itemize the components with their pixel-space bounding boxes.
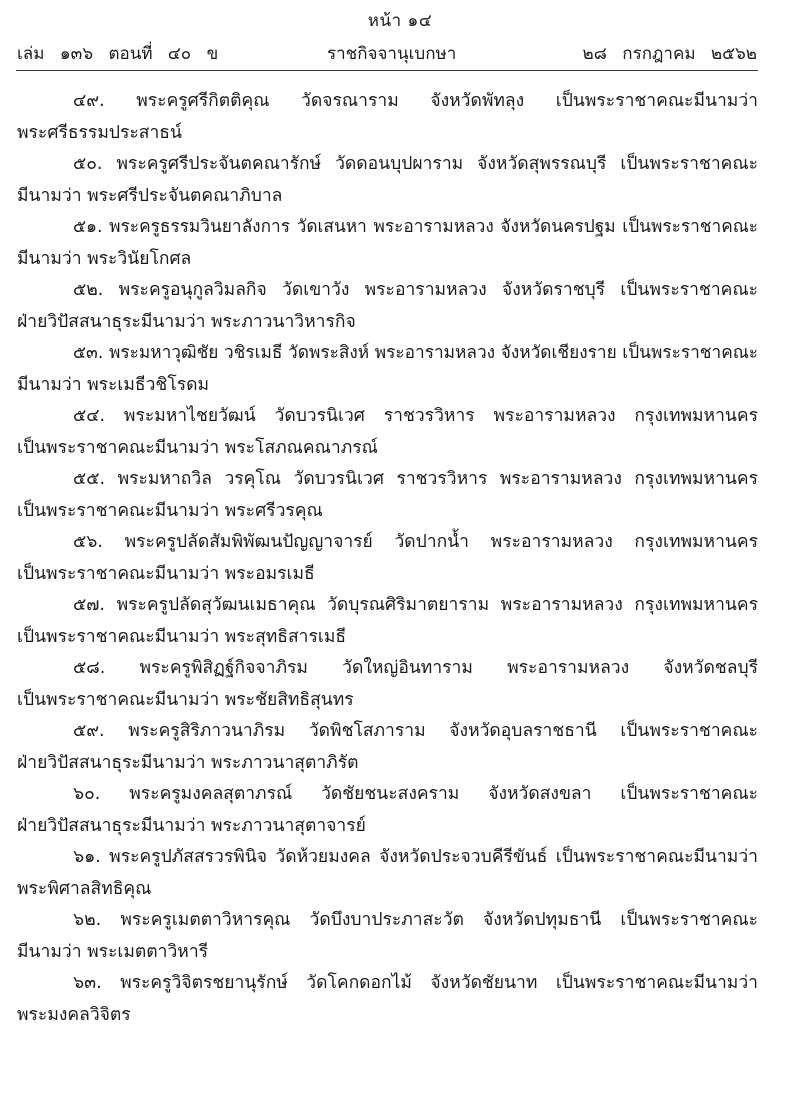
item-text: พระครูสิริภาวนาภิรม วัดพิชโสภาราม จังหวั… [128,721,758,741]
item-text: พระครูพิสิฏฐ์กิจจาภิรม วัดใหญ่อินทาราม พ… [140,658,758,678]
item-text: พระครูปลัดสัมพิพัฒนปัญญาจารย์ วัดปากน้ำ … [125,532,758,552]
item-text: พระครูปภัสสรวรพินิจ วัดห้วยมงคล จังหวัดป… [109,847,758,867]
item-number: ๕๖. [73,532,103,552]
list-item: ๕๙. พระครูสิริภาวนาภิรม วัดพิชโสภาราม จั… [17,716,758,779]
item-text: พระครูอนุกูลวิมลกิจ วัดเขาวัง พระอารามหล… [119,280,758,300]
item-first-line: ๕๖. พระครูปลัดสัมพิพัฒนปัญญาจารย์ วัดปาก… [17,527,758,559]
item-first-line: ๕๔. พระมหาไชยวัฒน์ วัดบวรนิเวศ ราชวรวิหา… [17,401,758,433]
item-text: พระครูมงคลสุตาภรณ์ วัดชัยชนะสงคราม จังหว… [129,784,758,804]
item-first-line: ๔๙. พระครูศรีกิตติคุณ วัดจรณาราม จังหวัด… [17,86,758,118]
list-item: ๕๐. พระครูศรีประจันตคณารักษ์ วัดดอนบุปผา… [17,149,758,212]
item-text: พระมหาไชยวัฒน์ วัดบวรนิเวศ ราชวรวิหาร พร… [124,406,758,426]
item-number: ๖๒. [73,910,101,930]
item-continuation: มีนามว่า พระวินัยโกศล [17,244,758,276]
item-text: พระครูวิจิตรชยานุรักษ์ วัดโคกดอกไม้ จังห… [120,973,758,993]
list-item: ๖๑. พระครูปภัสสรวรพินิจ วัดห้วยมงคล จังห… [17,842,758,905]
item-first-line: ๕๕. พระมหาถวิล วรคุโณ วัดบวรนิเวศ ราชวรว… [17,464,758,496]
item-first-line: ๕๘. พระครูพิสิฏฐ์กิจจาภิรม วัดใหญ่อินทาร… [17,653,758,685]
item-first-line: ๕๗. พระครูปลัดสุวัฒนเมธาคุณ วัดบุรณศิริม… [17,590,758,622]
list-item: ๕๓. พระมหาวุฒิชัย วชิรเมธี วัดพระสิงห์ พ… [17,338,758,401]
item-continuation: เป็นพระราชาคณะมีนามว่า พระศรีวรคุณ [17,496,758,528]
item-number: ๕๕. [73,469,105,489]
item-continuation: พระมงคลวิจิตร [17,1000,758,1032]
item-number: ๕๐. [73,154,103,174]
item-continuation: พระศรีธรรมประสาธน์ [17,118,758,150]
item-text: พระมหาถวิล วรคุโณ วัดบวรนิเวศ ราชวรวิหาร… [118,469,758,489]
item-number: ๕๘. [73,658,105,678]
item-first-line: ๕๐. พระครูศรีประจันตคณารักษ์ วัดดอนบุปผา… [17,149,758,181]
item-continuation: เป็นพระราชาคณะมีนามว่า พระโสภณคณาภรณ์ [17,433,758,465]
gazette-header: เล่ม ๑๓๖ ตอนที่ ๔๐ ข ราชกิจจานุเบกษา ๒๘ … [17,41,757,67]
item-continuation: มีนามว่า พระเมตตาวิหารี [17,937,758,969]
item-continuation: เป็นพระราชาคณะมีนามว่า พระชัยสิทธิสุนทร [17,685,758,717]
item-continuation: พระพิศาลสิทธิคุณ [17,874,758,906]
item-first-line: ๖๑. พระครูปภัสสรวรพินิจ วัดห้วยมงคล จังห… [17,842,758,874]
list-item: ๕๗. พระครูปลัดสุวัฒนเมธาคุณ วัดบุรณศิริม… [17,590,758,653]
item-number: ๕๓. [73,343,103,363]
list-item: ๖๐. พระครูมงคลสุตาภรณ์ วัดชัยชนะสงคราม จ… [17,779,758,842]
item-text: พระมหาวุฒิชัย วชิรเมธี วัดพระสิงห์ พระอา… [109,343,758,363]
item-text: พระครูปลัดสุวัฒนเมธาคุณ วัดบุรณศิริมาตยา… [117,595,758,615]
list-item: ๕๘. พระครูพิสิฏฐ์กิจจาภิรม วัดใหญ่อินทาร… [17,653,758,716]
item-first-line: ๖๓. พระครูวิจิตรชยานุรักษ์ วัดโคกดอกไม้ … [17,968,758,1000]
item-number: ๖๐. [73,784,100,804]
item-number: ๕๗. [73,595,105,615]
list-item: ๕๕. พระมหาถวิล วรคุโณ วัดบวรนิเวศ ราชวรว… [17,464,758,527]
item-text: พระครูธรรมวินยาลังการ วัดเสนหา พระอารามห… [109,217,758,237]
item-continuation: ฝ่ายวิปัสสนาธุระมีนามว่า พระภาวนาวิหารกิ… [17,307,758,339]
list-item: ๖๓. พระครูวิจิตรชยานุรักษ์ วัดโคกดอกไม้ … [17,968,758,1031]
item-first-line: ๕๙. พระครูสิริภาวนาภิรม วัดพิชโสภาราม จั… [17,716,758,748]
item-first-line: ๕๒. พระครูอนุกูลวิมลกิจ วัดเขาวัง พระอาร… [17,275,758,307]
list-item: ๕๔. พระมหาไชยวัฒน์ วัดบวรนิเวศ ราชวรวิหา… [17,401,758,464]
list-item: ๕๑. พระครูธรรมวินยาลังการ วัดเสนหา พระอา… [17,212,758,275]
item-number: ๖๑. [73,847,101,867]
item-continuation: ฝ่ายวิปัสสนาธุระมีนามว่า พระภาวนาสุตาจาร… [17,811,758,843]
publication-date: ๒๘ กรกฎาคม ๒๕๖๒ [583,41,757,67]
item-continuation: เป็นพระราชาคณะมีนามว่า พระอมรเมธี [17,559,758,591]
item-continuation: มีนามว่า พระเมธีวชิโรดม [17,370,758,402]
item-text: พระครูเมตตาวิหารคุณ วัดบึงบาประภาสะวัต จ… [120,910,758,930]
item-number: ๔๙. [73,91,105,111]
list-item: ๖๒. พระครูเมตตาวิหารคุณ วัดบึงบาประภาสะว… [17,905,758,968]
item-first-line: ๕๑. พระครูธรรมวินยาลังการ วัดเสนหา พระอา… [17,212,758,244]
volume-issue: เล่ม ๑๓๖ ตอนที่ ๔๐ ข [17,41,218,67]
item-first-line: ๕๓. พระมหาวุฒิชัย วชิรเมธี วัดพระสิงห์ พ… [17,338,758,370]
item-number: ๕๑. [73,217,103,237]
item-text: พระครูศรีประจันตคณารักษ์ วัดดอนบุปผาราม … [116,154,758,174]
item-continuation: มีนามว่า พระศรีประจันตคณาภิบาล [17,181,758,213]
item-continuation: ฝ่ายวิปัสสนาธุระมีนามว่า พระภาวนาสุตาภิร… [17,748,758,780]
item-number: ๕๙. [73,721,105,741]
publication-title: ราชกิจจานุเบกษา [327,41,456,67]
list-item: ๕๒. พระครูอนุกูลวิมลกิจ วัดเขาวัง พระอาร… [17,275,758,338]
list-item: ๕๖. พระครูปลัดสัมพิพัฒนปัญญาจารย์ วัดปาก… [17,527,758,590]
item-continuation: เป็นพระราชาคณะมีนามว่า พระสุทธิสารเมธี [17,622,758,654]
item-number: ๕๔. [73,406,105,426]
page-number: หน้า ๑๔ [0,8,800,34]
header-divider [16,70,758,71]
item-number: ๕๒. [73,280,103,300]
document-body: ๔๙. พระครูศรีกิตติคุณ วัดจรณาราม จังหวัด… [17,86,758,1031]
item-number: ๖๓. [73,973,102,993]
item-first-line: ๖๒. พระครูเมตตาวิหารคุณ วัดบึงบาประภาสะว… [17,905,758,937]
item-first-line: ๖๐. พระครูมงคลสุตาภรณ์ วัดชัยชนะสงคราม จ… [17,779,758,811]
list-item: ๔๙. พระครูศรีกิตติคุณ วัดจรณาราม จังหวัด… [17,86,758,149]
item-text: พระครูศรีกิตติคุณ วัดจรณาราม จังหวัดพัทล… [136,91,758,111]
